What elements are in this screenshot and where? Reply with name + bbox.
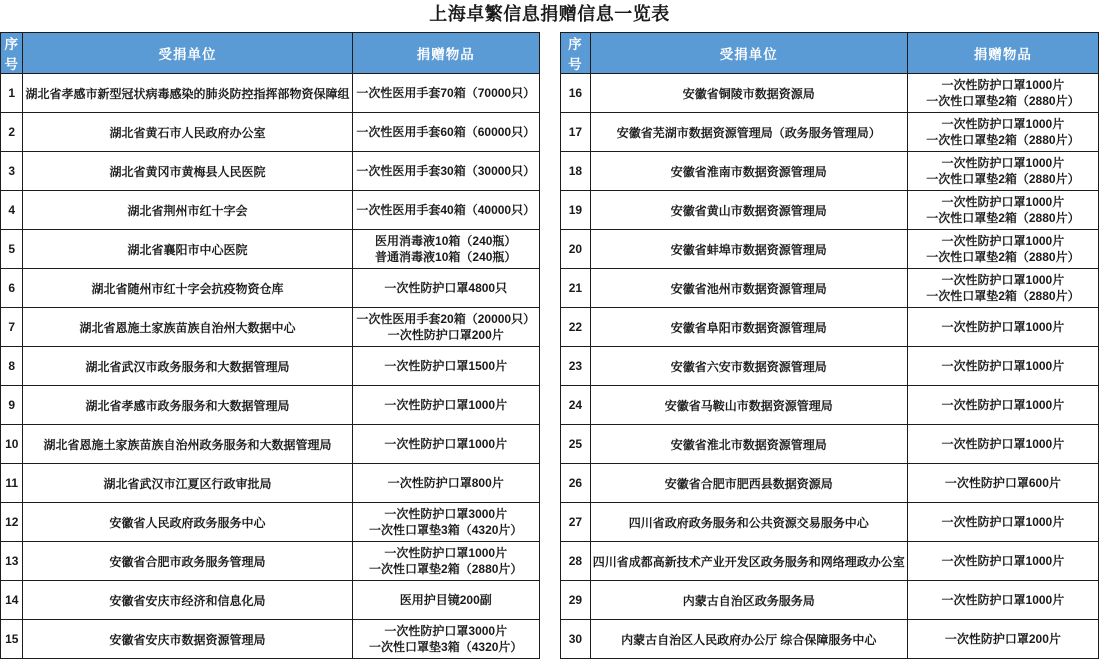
recipient-unit: 四川省成都高新技术产业开发区政务服务和网络理政办公室 <box>590 542 907 581</box>
column-header-0: 序号 <box>1 33 23 74</box>
recipient-unit: 安徽省淮北市数据资源管理局 <box>590 425 907 464</box>
donated-item-line: 一次性防护口罩1000片 <box>910 592 1096 608</box>
donated-item-line: 一次性防护口罩1000片 <box>355 545 537 561</box>
donated-item-line: 一次性医用手套30箱（30000只） <box>355 163 537 179</box>
donated-item-line: 一次性口罩垫3箱（4320片） <box>355 522 537 538</box>
donated-item-line: 一次性防护口罩800片 <box>355 475 537 491</box>
row-number: 10 <box>1 425 23 464</box>
row-number: 8 <box>1 347 23 386</box>
donated-items: 一次性防护口罩1000片 <box>907 386 1098 425</box>
donated-items: 一次性医用手套40箱（40000只） <box>352 191 539 230</box>
donated-items: 一次性防护口罩1000片 <box>352 425 539 464</box>
donated-item-line: 一次性医用手套70箱（70000只） <box>355 85 537 101</box>
recipient-unit: 安徽省蚌埠市数据资源管理局 <box>590 230 907 269</box>
donated-items: 一次性防护口罩1000片一次性口罩垫2箱（2880片） <box>907 191 1098 230</box>
donated-items: 医用护目镜200副 <box>352 581 539 620</box>
donation-sheet: 上海卓繁信息捐赠信息一览表 序号受捐单位捐赠物品1湖北省孝感市新型冠状病毒感染的… <box>0 0 1099 659</box>
row-number: 14 <box>1 581 23 620</box>
table-row: 16安徽省铜陵市数据资源局一次性防护口罩1000片一次性口罩垫2箱（2880片） <box>560 74 1098 113</box>
donated-items: 一次性防护口罩1000片一次性口罩垫2箱（2880片） <box>907 269 1098 308</box>
donated-items: 一次性防护口罩1000片 <box>907 503 1098 542</box>
recipient-unit: 安徽省六安市数据资源管理局 <box>590 347 907 386</box>
table-row: 26安徽省合肥市肥西县数据资源局一次性防护口罩600片 <box>560 464 1098 503</box>
recipient-unit: 安徽省淮南市数据资源管理局 <box>590 152 907 191</box>
recipient-unit: 安徽省人民政府政务服务中心 <box>23 503 352 542</box>
row-number: 24 <box>560 386 590 425</box>
table-row: 3湖北省黄冈市黄梅县人民医院一次性医用手套30箱（30000只） <box>1 152 540 191</box>
donated-item-line: 一次性防护口罩1000片 <box>910 436 1096 452</box>
donated-items: 一次性防护口罩1000片 <box>907 425 1098 464</box>
donated-item-line: 一次性防护口罩200片 <box>355 327 537 343</box>
donated-item-line: 一次性口罩垫2箱（2880片） <box>910 249 1096 265</box>
row-number: 28 <box>560 542 590 581</box>
column-header-0: 序号 <box>560 33 590 74</box>
recipient-unit: 四川省政府政务服务和公共资源交易服务中心 <box>590 503 907 542</box>
donated-item-line: 一次性医用手套60箱（60000只） <box>355 124 537 140</box>
donated-item-line: 一次性防护口罩4800只 <box>355 280 537 296</box>
donated-item-line: 一次性防护口罩1000片 <box>910 194 1096 210</box>
recipient-unit: 安徽省池州市数据资源管理局 <box>590 269 907 308</box>
table-row: 29内蒙古自治区政务服务局一次性防护口罩1000片 <box>560 581 1098 620</box>
tables-container: 序号受捐单位捐赠物品1湖北省孝感市新型冠状病毒感染的肺炎防控指挥部物资保障组一次… <box>0 26 1099 659</box>
donated-items: 一次性防护口罩4800只 <box>352 269 539 308</box>
table-row: 8湖北省武汉市政务服务和大数据管理局一次性防护口罩1500片 <box>1 347 540 386</box>
recipient-unit: 湖北省恩施土家族苗族自治州大数据中心 <box>23 308 352 347</box>
donated-item-line: 一次性防护口罩1000片 <box>910 514 1096 530</box>
row-number: 2 <box>1 113 23 152</box>
recipient-unit: 湖北省襄阳市中心医院 <box>23 230 352 269</box>
donated-item-line: 一次性防护口罩1000片 <box>355 397 537 413</box>
row-number: 16 <box>560 74 590 113</box>
recipient-unit: 安徽省安庆市数据资源管理局 <box>23 620 352 659</box>
donated-items: 一次性防护口罩1000片 <box>907 581 1098 620</box>
donated-items: 一次性防护口罩1000片 <box>907 347 1098 386</box>
table-row: 7湖北省恩施土家族苗族自治州大数据中心一次性医用手套20箱（20000只）一次性… <box>1 308 540 347</box>
recipient-unit: 湖北省荆州市红十字会 <box>23 191 352 230</box>
table-row: 19安徽省黄山市数据资源管理局一次性防护口罩1000片一次性口罩垫2箱（2880… <box>560 191 1098 230</box>
page-title: 上海卓繁信息捐赠信息一览表 <box>0 0 1099 26</box>
donated-item-line: 一次性防护口罩1500片 <box>355 358 537 374</box>
donation-table-right: 序号受捐单位捐赠物品16安徽省铜陵市数据资源局一次性防护口罩1000片一次性口罩… <box>560 32 1099 659</box>
donation-table-left: 序号受捐单位捐赠物品1湖北省孝感市新型冠状病毒感染的肺炎防控指挥部物资保障组一次… <box>0 32 540 659</box>
row-number: 7 <box>1 308 23 347</box>
donated-item-line: 一次性防护口罩3000片 <box>355 623 537 639</box>
donated-item-line: 一次性防护口罩1000片 <box>910 272 1096 288</box>
table-row: 23安徽省六安市数据资源管理局一次性防护口罩1000片 <box>560 347 1098 386</box>
donated-items: 一次性防护口罩1000片一次性口罩垫2箱（2880片） <box>907 113 1098 152</box>
donated-items: 一次性防护口罩800片 <box>352 464 539 503</box>
donated-items: 一次性防护口罩3000片一次性口罩垫3箱（4320片） <box>352 503 539 542</box>
donated-item-line: 一次性医用手套40箱（40000只） <box>355 202 537 218</box>
row-number: 9 <box>1 386 23 425</box>
donated-items: 一次性防护口罩3000片一次性口罩垫3箱（4320片） <box>352 620 539 659</box>
column-header-1: 受捐单位 <box>23 33 352 74</box>
table-row: 24安徽省马鞍山市数据资源管理局一次性防护口罩1000片 <box>560 386 1098 425</box>
table-row: 9湖北省孝感市政务服务和大数据管理局一次性防护口罩1000片 <box>1 386 540 425</box>
row-number: 30 <box>560 620 590 659</box>
donated-items: 一次性防护口罩1000片 <box>907 542 1098 581</box>
row-number: 18 <box>560 152 590 191</box>
donated-items: 一次性防护口罩1000片一次性口罩垫2箱（2880片） <box>907 152 1098 191</box>
donated-item-line: 一次性口罩垫3箱（4320片） <box>355 639 537 655</box>
table-row: 13安徽省合肥市政务服务管理局一次性防护口罩1000片一次性口罩垫2箱（2880… <box>1 542 540 581</box>
donated-items: 一次性医用手套60箱（60000只） <box>352 113 539 152</box>
row-number: 22 <box>560 308 590 347</box>
donated-item-line: 一次性防护口罩1000片 <box>910 358 1096 374</box>
table-row: 10湖北省恩施土家族苗族自治州政务服务和大数据管理局一次性防护口罩1000片 <box>1 425 540 464</box>
donated-items: 一次性防护口罩1000片一次性口罩垫2箱（2880片） <box>907 230 1098 269</box>
row-number: 21 <box>560 269 590 308</box>
header-row: 序号受捐单位捐赠物品 <box>560 33 1098 74</box>
row-number: 26 <box>560 464 590 503</box>
donated-item-line: 一次性防护口罩1000片 <box>355 436 537 452</box>
table-row: 20安徽省蚌埠市数据资源管理局一次性防护口罩1000片一次性口罩垫2箱（2880… <box>560 230 1098 269</box>
donated-items: 一次性防护口罩1000片一次性口罩垫2箱（2880片） <box>907 74 1098 113</box>
table-row: 27四川省政府政务服务和公共资源交易服务中心一次性防护口罩1000片 <box>560 503 1098 542</box>
recipient-unit: 湖北省黄冈市黄梅县人民医院 <box>23 152 352 191</box>
recipient-unit: 湖北省武汉市江夏区行政审批局 <box>23 464 352 503</box>
table-row: 18安徽省淮南市数据资源管理局一次性防护口罩1000片一次性口罩垫2箱（2880… <box>560 152 1098 191</box>
donated-item-line: 一次性防护口罩1000片 <box>910 116 1096 132</box>
donated-item-line: 一次性防护口罩600片 <box>910 475 1096 491</box>
donated-item-line: 医用护目镜200副 <box>355 592 537 608</box>
donated-items: 一次性防护口罩600片 <box>907 464 1098 503</box>
row-number: 27 <box>560 503 590 542</box>
donated-item-line: 一次性防护口罩1000片 <box>910 319 1096 335</box>
donated-items: 一次性医用手套30箱（30000只） <box>352 152 539 191</box>
table-row: 30内蒙古自治区人民政府办公厅 综合保障服务中心一次性防护口罩200片 <box>560 620 1098 659</box>
row-number: 11 <box>1 464 23 503</box>
row-number: 12 <box>1 503 23 542</box>
recipient-unit: 湖北省随州市红十字会抗疫物资仓库 <box>23 269 352 308</box>
donated-items: 一次性医用手套70箱（70000只） <box>352 74 539 113</box>
table-row: 17安徽省芜湖市数据资源管理局（政务服务管理局）一次性防护口罩1000片一次性口… <box>560 113 1098 152</box>
donated-item-line: 一次性防护口罩1000片 <box>910 77 1096 93</box>
row-number: 23 <box>560 347 590 386</box>
donated-item-line: 一次性口罩垫2箱（2880片） <box>910 210 1096 226</box>
table-row: 22安徽省阜阳市数据资源管理局一次性防护口罩1000片 <box>560 308 1098 347</box>
donated-item-line: 一次性口罩垫2箱（2880片） <box>910 288 1096 304</box>
row-number: 6 <box>1 269 23 308</box>
table-row: 6湖北省随州市红十字会抗疫物资仓库一次性防护口罩4800只 <box>1 269 540 308</box>
recipient-unit: 安徽省合肥市政务服务管理局 <box>23 542 352 581</box>
donated-item-line: 一次性口罩垫2箱（2880片） <box>355 561 537 577</box>
row-number: 1 <box>1 74 23 113</box>
table-row: 2湖北省黄石市人民政府办公室一次性医用手套60箱（60000只） <box>1 113 540 152</box>
recipient-unit: 安徽省马鞍山市数据资源管理局 <box>590 386 907 425</box>
recipient-unit: 安徽省阜阳市数据资源管理局 <box>590 308 907 347</box>
donated-item-line: 一次性防护口罩1000片 <box>910 553 1096 569</box>
column-header-1: 受捐单位 <box>590 33 907 74</box>
row-number: 3 <box>1 152 23 191</box>
table-row: 1湖北省孝感市新型冠状病毒感染的肺炎防控指挥部物资保障组一次性医用手套70箱（7… <box>1 74 540 113</box>
recipient-unit: 内蒙古自治区人民政府办公厅 综合保障服务中心 <box>590 620 907 659</box>
table-row: 11湖北省武汉市江夏区行政审批局一次性防护口罩800片 <box>1 464 540 503</box>
donated-item-line: 一次性防护口罩1000片 <box>910 233 1096 249</box>
row-number: 20 <box>560 230 590 269</box>
column-header-2: 捐赠物品 <box>352 33 539 74</box>
donated-item-line: 一次性口罩垫2箱（2880片） <box>910 93 1096 109</box>
donated-items: 一次性防护口罩1000片 <box>907 308 1098 347</box>
recipient-unit: 湖北省恩施土家族苗族自治州政务服务和大数据管理局 <box>23 425 352 464</box>
recipient-unit: 安徽省合肥市肥西县数据资源局 <box>590 464 907 503</box>
donated-items: 一次性防护口罩1000片 <box>352 386 539 425</box>
donated-items: 医用消毒液10箱（240瓶）普通消毒液10箱（240瓶） <box>352 230 539 269</box>
row-number: 17 <box>560 113 590 152</box>
donated-item-line: 医用消毒液10箱（240瓶） <box>355 233 537 249</box>
donated-item-line: 一次性防护口罩200片 <box>910 631 1096 647</box>
donated-item-line: 一次性防护口罩1000片 <box>910 397 1096 413</box>
table-row: 14安徽省安庆市经济和信息化局医用护目镜200副 <box>1 581 540 620</box>
table-row: 28四川省成都高新技术产业开发区政务服务和网络理政办公室一次性防护口罩1000片 <box>560 542 1098 581</box>
recipient-unit: 湖北省孝感市政务服务和大数据管理局 <box>23 386 352 425</box>
table-row: 15安徽省安庆市数据资源管理局一次性防护口罩3000片一次性口罩垫3箱（4320… <box>1 620 540 659</box>
row-number: 13 <box>1 542 23 581</box>
donated-items: 一次性防护口罩1000片一次性口罩垫2箱（2880片） <box>352 542 539 581</box>
donated-item-line: 普通消毒液10箱（240瓶） <box>355 249 537 265</box>
donated-item-line: 一次性防护口罩1000片 <box>910 155 1096 171</box>
donated-item-line: 一次性医用手套20箱（20000只） <box>355 311 537 327</box>
column-header-2: 捐赠物品 <box>907 33 1098 74</box>
recipient-unit: 湖北省孝感市新型冠状病毒感染的肺炎防控指挥部物资保障组 <box>23 74 352 113</box>
recipient-unit: 安徽省铜陵市数据资源局 <box>590 74 907 113</box>
table-row: 5湖北省襄阳市中心医院医用消毒液10箱（240瓶）普通消毒液10箱（240瓶） <box>1 230 540 269</box>
row-number: 25 <box>560 425 590 464</box>
row-number: 15 <box>1 620 23 659</box>
table-row: 12安徽省人民政府政务服务中心一次性防护口罩3000片一次性口罩垫3箱（4320… <box>1 503 540 542</box>
donated-items: 一次性医用手套20箱（20000只）一次性防护口罩200片 <box>352 308 539 347</box>
recipient-unit: 湖北省武汉市政务服务和大数据管理局 <box>23 347 352 386</box>
recipient-unit: 安徽省芜湖市数据资源管理局（政务服务管理局） <box>590 113 907 152</box>
recipient-unit: 安徽省安庆市经济和信息化局 <box>23 581 352 620</box>
table-row: 25安徽省淮北市数据资源管理局一次性防护口罩1000片 <box>560 425 1098 464</box>
donated-item-line: 一次性防护口罩3000片 <box>355 506 537 522</box>
row-number: 29 <box>560 581 590 620</box>
row-number: 4 <box>1 191 23 230</box>
donated-item-line: 一次性口罩垫2箱（2880片） <box>910 132 1096 148</box>
recipient-unit: 内蒙古自治区政务服务局 <box>590 581 907 620</box>
table-row: 21安徽省池州市数据资源管理局一次性防护口罩1000片一次性口罩垫2箱（2880… <box>560 269 1098 308</box>
donated-items: 一次性防护口罩1500片 <box>352 347 539 386</box>
row-number: 19 <box>560 191 590 230</box>
table-row: 4湖北省荆州市红十字会一次性医用手套40箱（40000只） <box>1 191 540 230</box>
header-row: 序号受捐单位捐赠物品 <box>1 33 540 74</box>
recipient-unit: 安徽省黄山市数据资源管理局 <box>590 191 907 230</box>
row-number: 5 <box>1 230 23 269</box>
donated-item-line: 一次性口罩垫2箱（2880片） <box>910 171 1096 187</box>
donated-items: 一次性防护口罩200片 <box>907 620 1098 659</box>
recipient-unit: 湖北省黄石市人民政府办公室 <box>23 113 352 152</box>
